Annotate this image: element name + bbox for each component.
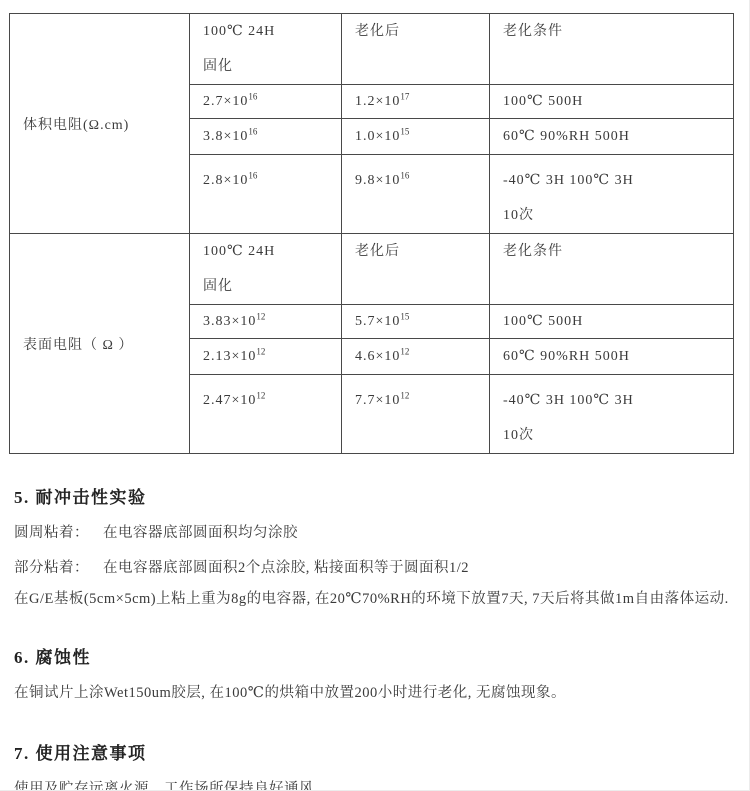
- condition-cell: -40℃ 3H 100℃ 3H 10次: [490, 155, 734, 234]
- value-base: 1.0×10: [355, 129, 400, 144]
- value-exponent: 15: [400, 126, 409, 136]
- section-7-heading: 7. 使用注意事项: [14, 743, 749, 765]
- aged-header-cell: 老化后: [342, 234, 490, 305]
- cured-header-line1: 100℃ 24H: [203, 14, 337, 49]
- cured-header-cell: 100℃ 24H 固化: [190, 234, 342, 305]
- value-base: 7.7×10: [355, 393, 400, 408]
- cured-value-cell: 2.47×1012: [190, 375, 342, 454]
- condition-line2: 10次: [503, 418, 729, 453]
- resistance-test-table: 体积电阻(Ω.cm) 100℃ 24H 固化 老化后 老化条件 2.7×1016…: [9, 13, 734, 454]
- value-base: 3.83×10: [203, 314, 256, 329]
- value-base: 2.8×10: [203, 173, 248, 188]
- aging-condition-header-cell: 老化条件: [490, 234, 734, 305]
- value-base: 1.2×10: [355, 94, 400, 109]
- drop-test-description: 在G/E基板(5cm×5cm)上粘上重为8g的电容器, 在20℃70%RH的环境…: [14, 590, 749, 609]
- corrosion-test-description: 在铜试片上涂Wet150um胶层, 在100℃的烘箱中放置200小时进行老化, …: [14, 684, 749, 703]
- section-5-heading: 5. 耐冲击性实验: [14, 487, 749, 509]
- aged-value-cell: 1.0×1015: [342, 119, 490, 155]
- value-base: 3.8×10: [203, 129, 248, 144]
- section-6-heading: 6. 腐蚀性: [14, 647, 749, 669]
- condition-cell: -40℃ 3H 100℃ 3H 10次: [490, 375, 734, 454]
- value-base: 9.8×10: [355, 173, 400, 188]
- partial-bonding-line: 部分粘着：在电容器底部圆面积2个点涂胶, 粘接面积等于圆面积1/2: [14, 559, 749, 578]
- cured-header-line1: 100℃ 24H: [203, 234, 337, 269]
- value-base: 2.13×10: [203, 349, 256, 364]
- circumference-bonding-text: 在电容器底部圆面积均匀涂胶: [103, 525, 298, 541]
- aging-condition-header-cell: 老化条件: [490, 14, 734, 85]
- value-exponent: 15: [400, 311, 409, 321]
- condition-cell: 60℃ 90%RH 500H: [490, 119, 734, 155]
- value-exponent: 12: [256, 311, 265, 321]
- value-exponent: 12: [400, 390, 409, 400]
- aged-value-cell: 7.7×1012: [342, 375, 490, 454]
- condition-cell: 100℃ 500H: [490, 85, 734, 119]
- value-exponent: 16: [400, 170, 409, 180]
- circumference-bonding-label: 圆周粘着：: [14, 525, 89, 541]
- condition-line2: 10次: [503, 198, 729, 233]
- value-exponent: 12: [256, 390, 265, 400]
- value-exponent: 16: [248, 170, 257, 180]
- condition-line1: -40℃ 3H 100℃ 3H: [503, 383, 729, 418]
- condition-line1: -40℃ 3H 100℃ 3H: [503, 163, 729, 198]
- usage-precaution-text: 使用及贮存远离火源，工作场所保持良好通风。: [14, 780, 749, 791]
- condition-cell: 100℃ 500H: [490, 305, 734, 339]
- circumference-bonding-line: 圆周粘着：在电容器底部圆面积均匀涂胶: [14, 524, 749, 543]
- partial-bonding-text: 在电容器底部圆面积2个点涂胶, 粘接面积等于圆面积1/2: [103, 560, 469, 576]
- surface-resistance-row-header: 表面电阻（ Ω ）: [10, 234, 190, 454]
- aged-header-cell: 老化后: [342, 14, 490, 85]
- aged-value-cell: 4.6×1012: [342, 339, 490, 375]
- cured-value-cell: 3.83×1012: [190, 305, 342, 339]
- cured-header-line2: 固化: [203, 269, 337, 304]
- cured-value-cell: 2.7×1016: [190, 85, 342, 119]
- condition-cell: 60℃ 90%RH 500H: [490, 339, 734, 375]
- cured-header-cell: 100℃ 24H 固化: [190, 14, 342, 85]
- cured-value-cell: 2.8×1016: [190, 155, 342, 234]
- value-base: 4.6×10: [355, 349, 400, 364]
- partial-bonding-label: 部分粘着：: [14, 560, 89, 576]
- cured-value-cell: 2.13×1012: [190, 339, 342, 375]
- value-exponent: 12: [400, 346, 409, 356]
- value-exponent: 17: [400, 91, 409, 101]
- value-base: 5.7×10: [355, 314, 400, 329]
- cured-header-line2: 固化: [203, 49, 337, 84]
- value-exponent: 12: [256, 346, 265, 356]
- table-row: 表面电阻（ Ω ） 100℃ 24H 固化 老化后 老化条件: [10, 234, 734, 305]
- value-exponent: 16: [248, 126, 257, 136]
- volume-resistance-row-header: 体积电阻(Ω.cm): [10, 14, 190, 234]
- table-row: 体积电阻(Ω.cm) 100℃ 24H 固化 老化后 老化条件: [10, 14, 734, 85]
- value-base: 2.47×10: [203, 393, 256, 408]
- aged-value-cell: 5.7×1015: [342, 305, 490, 339]
- value-exponent: 16: [248, 91, 257, 101]
- cured-value-cell: 3.8×1016: [190, 119, 342, 155]
- aged-value-cell: 1.2×1017: [342, 85, 490, 119]
- value-base: 2.7×10: [203, 94, 248, 109]
- aged-value-cell: 9.8×1016: [342, 155, 490, 234]
- document-page: 体积电阻(Ω.cm) 100℃ 24H 固化 老化后 老化条件 2.7×1016…: [0, 0, 750, 791]
